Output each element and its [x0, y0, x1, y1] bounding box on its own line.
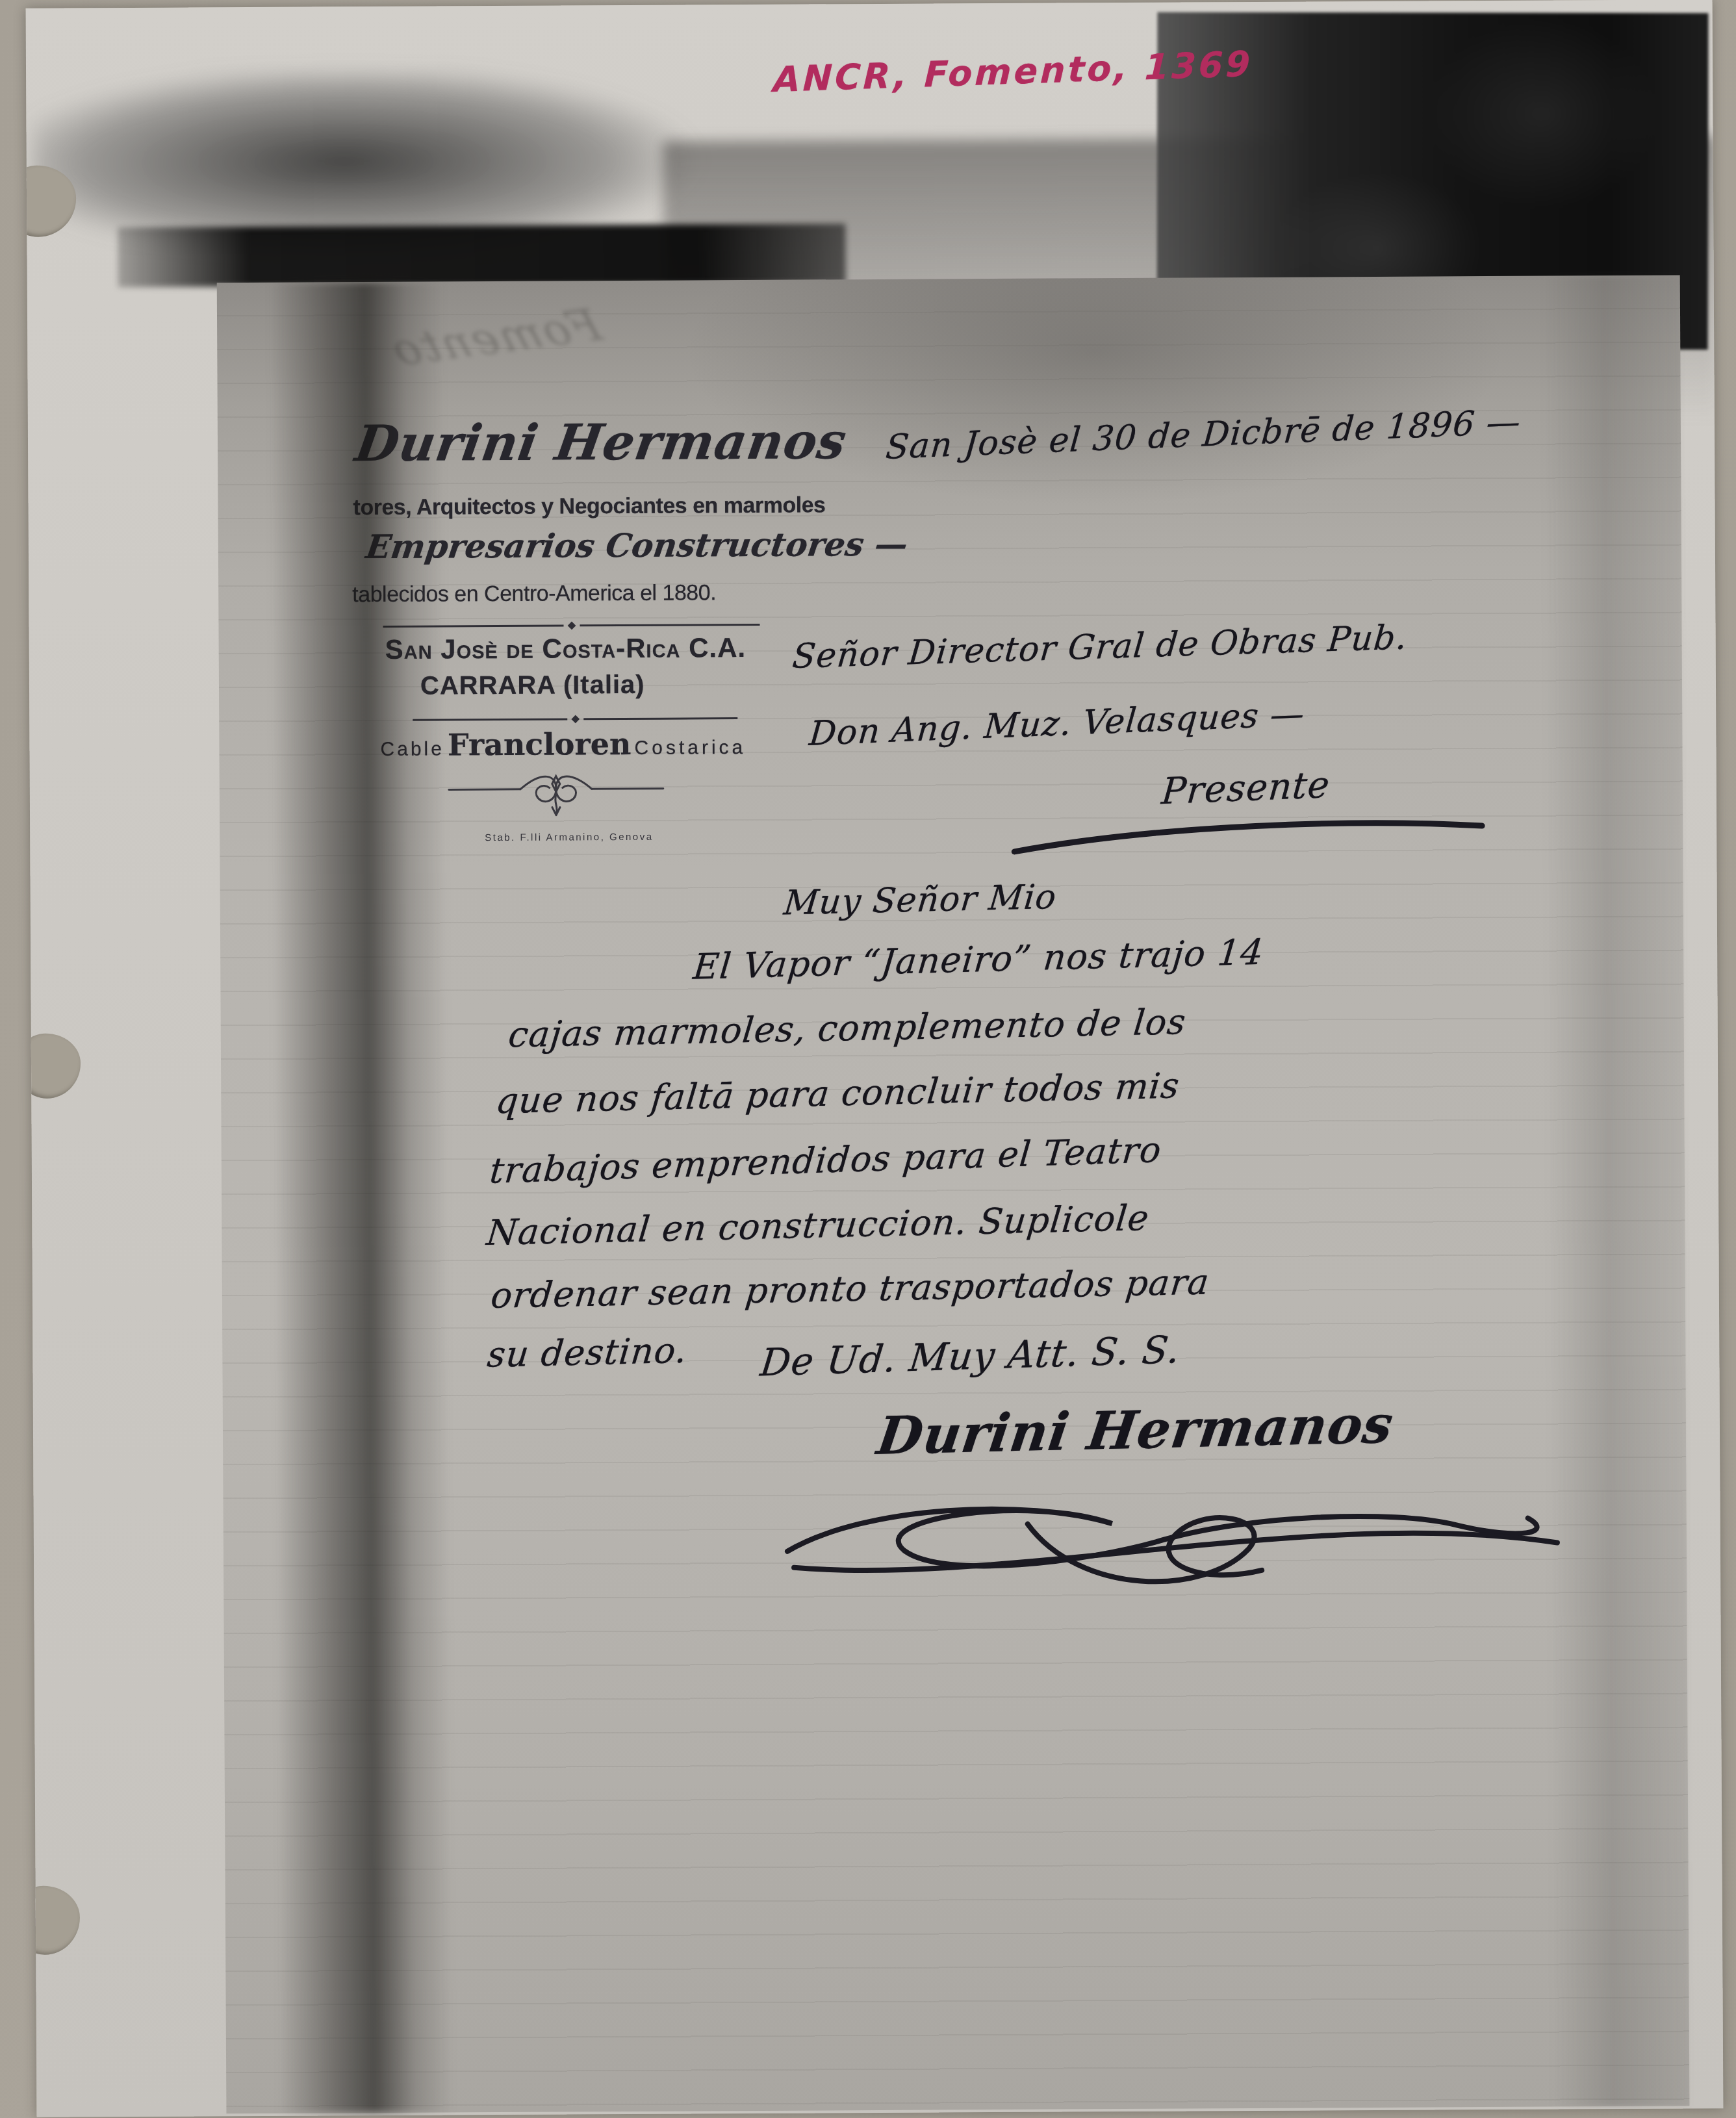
cable-prefix: Cable [380, 738, 444, 760]
punch-hole-middle [26, 1033, 81, 1099]
letterhead-printer-credit: Stab. F.lli Armanino, Genova [485, 832, 653, 843]
divider-line [383, 624, 564, 627]
body-line-7: su destino. [485, 1330, 689, 1375]
cable-name: Francloren [448, 726, 632, 762]
signature: Durini Hermanos [874, 1394, 1398, 1466]
cable-suffix: Costarica [634, 737, 746, 759]
salutation: Muy Señor Mio [782, 878, 1058, 923]
photocopy-black-band [118, 223, 845, 287]
letterhead-carrara-line: CARRARA (Italia) [420, 670, 645, 701]
punch-hole-bottom [26, 1885, 81, 1955]
photocopy-sheet: ANCR, Fomento, 1369 Fomento Durini Herma… [26, 0, 1724, 2117]
letterhead-subtitle-1: tores, Arquitectos y Negociantes en marm… [353, 492, 825, 520]
divider-line [583, 717, 738, 720]
divider-line [580, 624, 760, 626]
letterhead-subtitle-2: Empresarios Constructores — [364, 525, 910, 566]
letterhead-ornament-icon [446, 764, 667, 830]
recipient-line-3: Presente [1160, 764, 1331, 813]
letterhead-cable-line: Cable Francloren Costarica [380, 726, 746, 763]
archival-photo-stage: ANCR, Fomento, 1369 Fomento Durini Herma… [0, 0, 1736, 2118]
letterhead-subtitle-3: tablecidos en Centro-America el 1880. [352, 580, 716, 607]
letterhead-city-line: San Josè de Costa-Rica C.A. [385, 632, 747, 665]
presente-underline-flourish [1004, 811, 1498, 860]
divider-line [413, 718, 567, 721]
signature-rubric-flourish [748, 1485, 1587, 1597]
divider-diamond-icon [571, 715, 580, 724]
letterhead-brand: Durini Hermanos [351, 412, 850, 472]
divider-diamond-icon [567, 622, 576, 630]
